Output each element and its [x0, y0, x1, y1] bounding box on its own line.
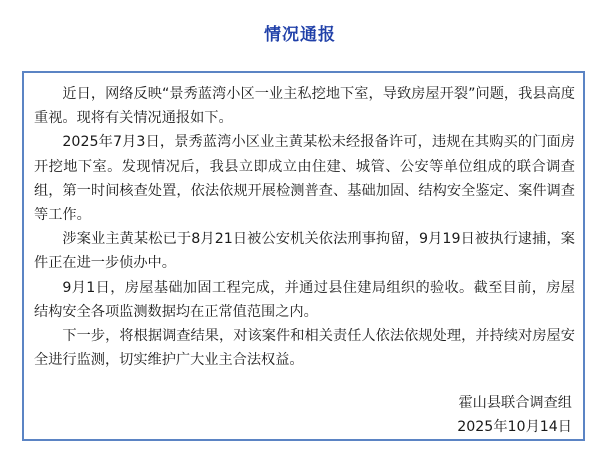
notice-body: 近日，网络反映“景秀蓝湾小区一业主私挖地下室，导致房屋开裂”问题，我县高度重视。…: [34, 82, 575, 372]
paragraph-intro: 近日，网络反映“景秀蓝湾小区一业主私挖地下室，导致房屋开裂”问题，我县高度重视。…: [34, 82, 575, 130]
paragraph-next-steps: 下一步，将根据调查结果，对该案件和相关责任人依法依规处理，并持续对房屋安全进行监…: [34, 324, 575, 372]
signature-block: 霍山县联合调查组 2025年10月14日: [457, 391, 572, 439]
paragraph-arrest: 涉案业主黄某松已于8月21日被公安机关依法刑事拘留，9月19日被执行逮捕，案件正…: [34, 227, 575, 275]
issuer-name: 霍山县联合调查组: [457, 391, 572, 415]
issue-date: 2025年10月14日: [457, 415, 572, 439]
paragraph-reinforcement: 9月1日，房屋基础加固工程完成，并通过县住建局组织的验收。截至目前，房屋结构安全…: [34, 276, 575, 324]
notice-box: 近日，网络反映“景秀蓝湾小区一业主私挖地下室，导致房屋开裂”问题，我县高度重视。…: [22, 71, 585, 441]
paragraph-incident: 2025年7月3日，景秀蓝湾小区业主黄某松未经报备许可，违规在其购买的门面房开挖…: [34, 130, 575, 227]
document-title: 情况通报: [0, 20, 600, 45]
